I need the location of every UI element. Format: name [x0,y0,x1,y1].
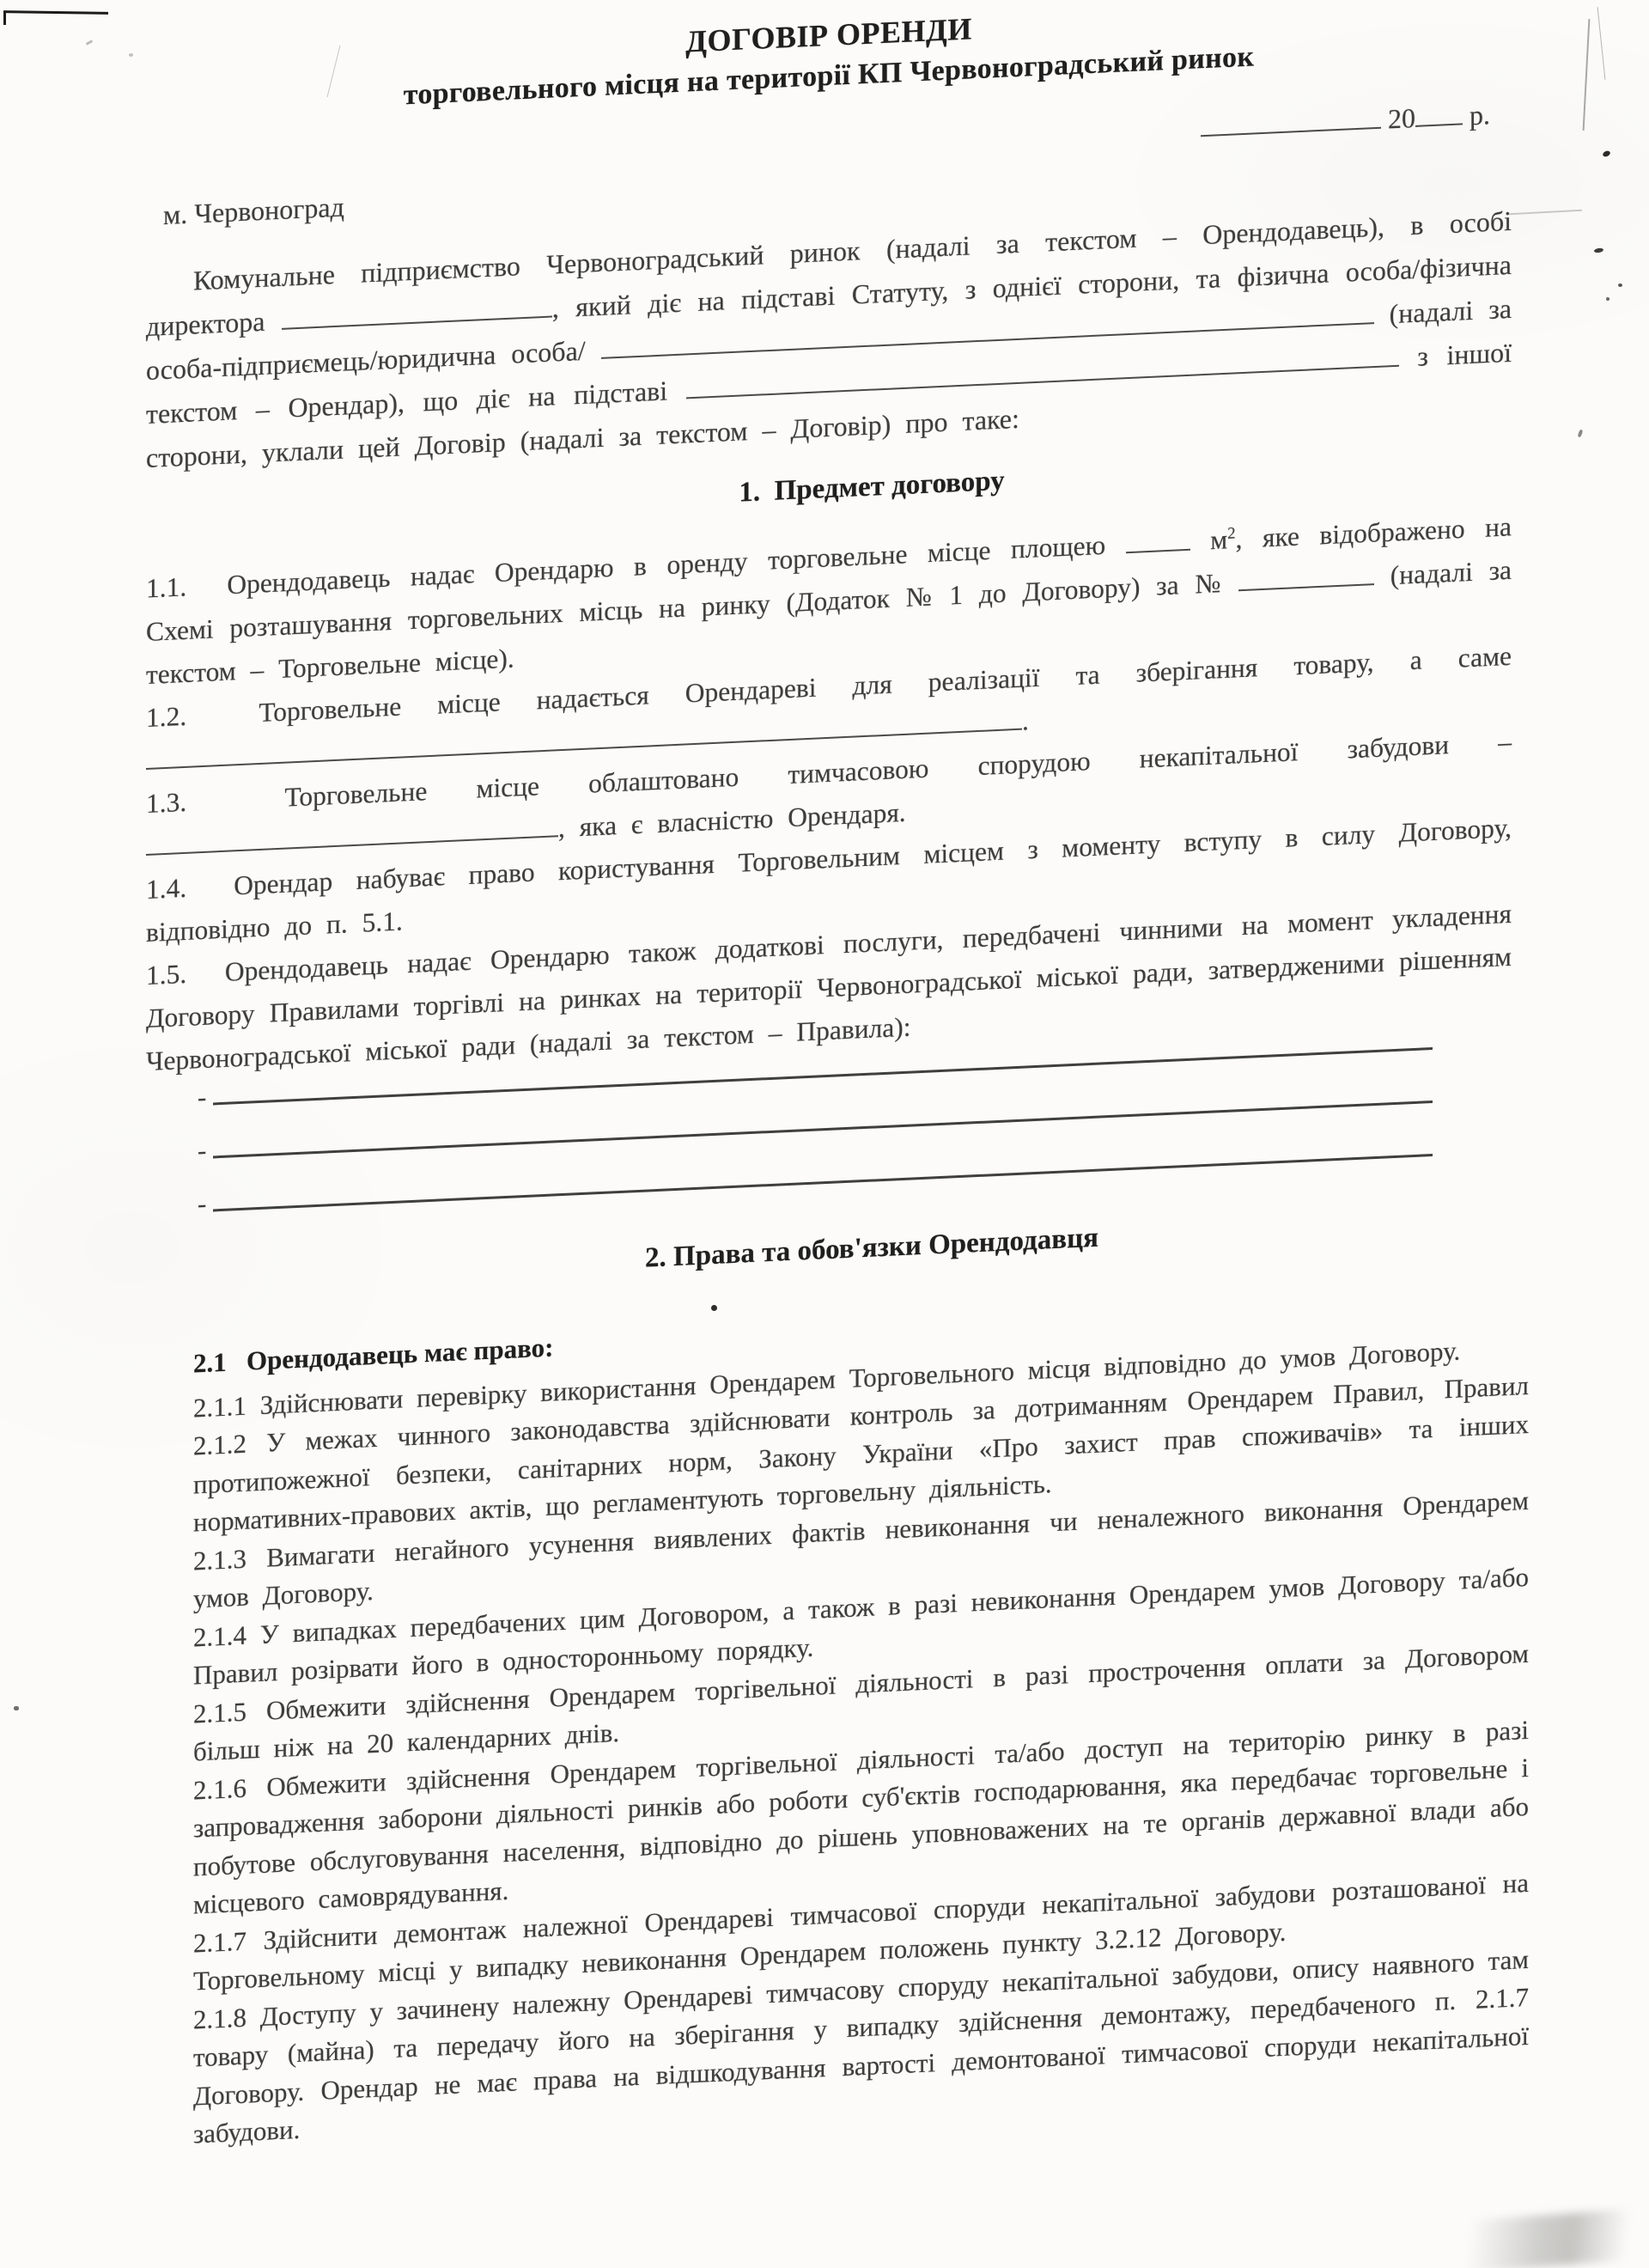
year-prefix: 20 [1388,102,1415,134]
section-2: 2.1 Орендодавець має право: 2.1.1 Здійсн… [146,1288,1512,2155]
section-1: 1.1. Орендодавець надає Орендарю в оренд… [146,500,1512,1083]
scan-edge-line-artifact [3,10,108,15]
scan-speck-artifact [14,1706,19,1710]
scan-scratch-artifact [1597,7,1606,80]
superscript-2: 2 [1227,525,1235,543]
dash-bullet: - [198,1135,206,1165]
scan-speck-artifact [1602,149,1611,157]
fill-in-blank-structure [146,812,558,856]
document-sheet: ДОГОВІР ОРЕНДИ торговельного місця на те… [146,0,1512,2156]
scan-speck-artifact [1618,283,1622,287]
fill-in-blank-area [1126,526,1190,553]
dash-bullet: - [198,1188,206,1218]
fill-in-blank-date [1201,104,1381,137]
fill-in-blank-year [1415,100,1463,127]
scan-speck-artifact [129,53,133,57]
scan-speck-artifact [1578,430,1584,438]
scan-speck-artifact [86,40,93,46]
scanned-document-page: ДОГОВІР ОРЕНДИ торговельного місця на те… [0,0,1649,2268]
scan-smudge-artifact [1450,2208,1646,2268]
scan-scratch-artifact [1509,210,1582,215]
fill-in-blank-number [1238,560,1374,591]
fill-in-blank-director [282,293,552,330]
scan-speck-artifact [1606,297,1609,301]
dash-bullet: - [198,1082,206,1112]
year-suffix: р. [1469,99,1490,131]
clause-text: м [1210,525,1227,556]
scan-speck-artifact [1594,247,1604,253]
intro-paragraph: Комунальне підприємство Червоноградський… [146,199,1512,480]
clause-text: . [1022,705,1029,735]
scan-edge-tick-artifact [3,11,6,25]
scan-scratch-artifact [1583,19,1591,131]
